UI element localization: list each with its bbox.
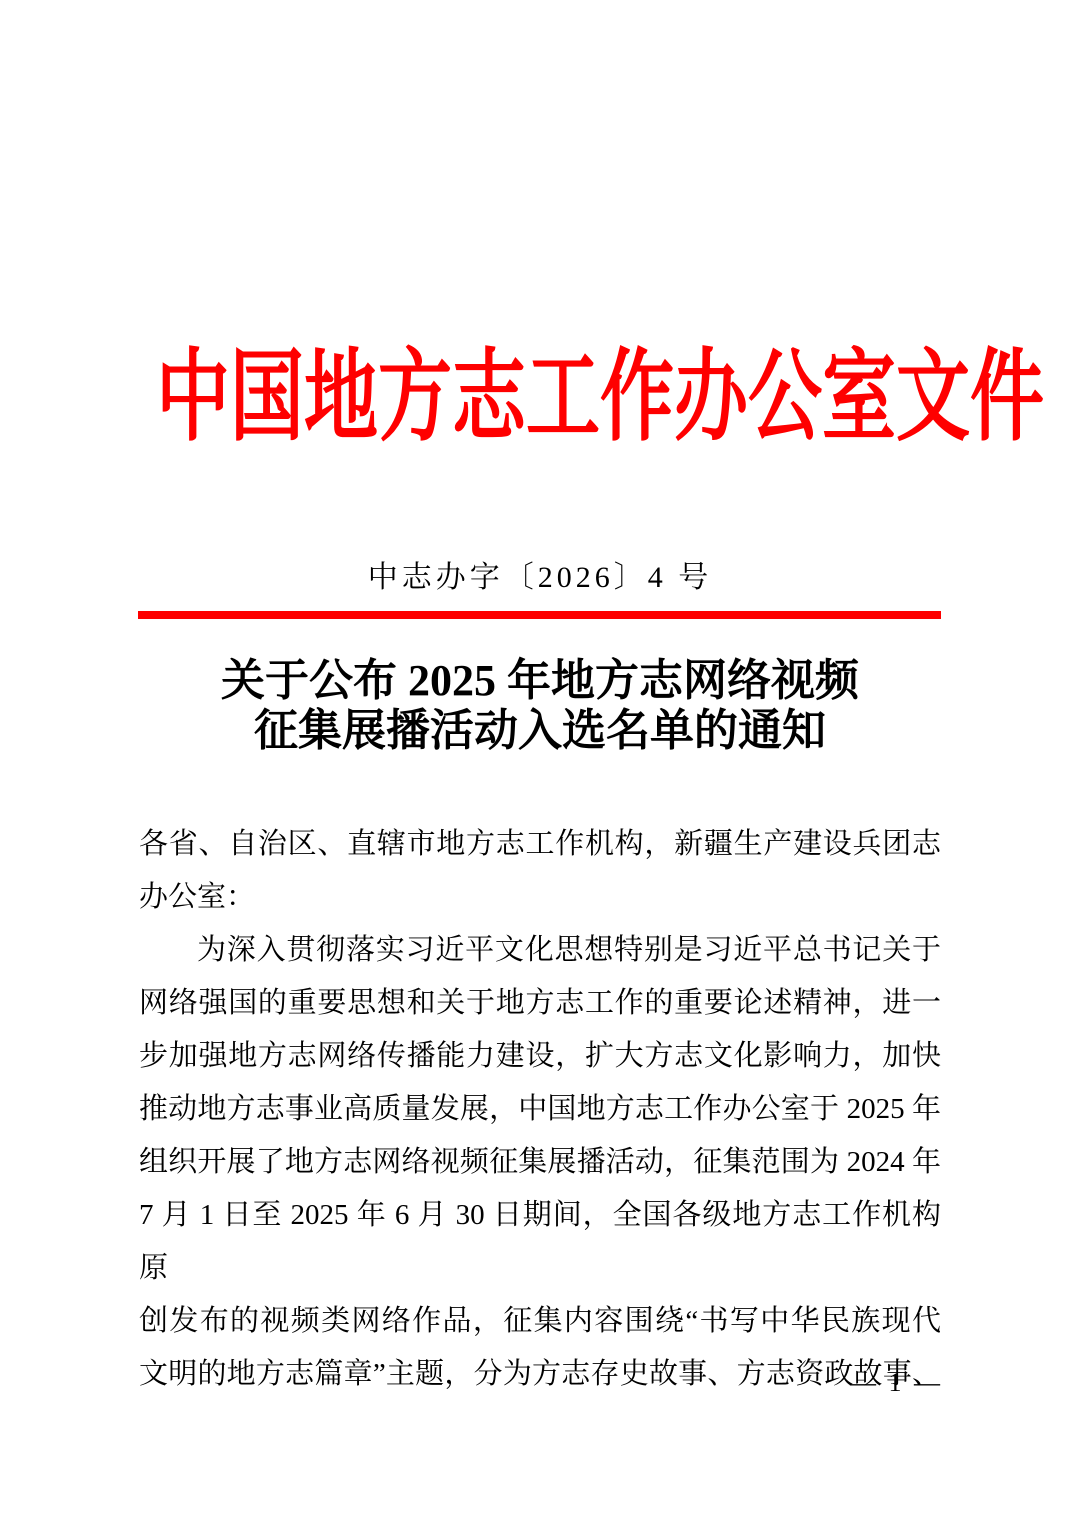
red-divider-rule	[138, 611, 941, 619]
notice-title-line-1: 关于公布 2025 年地方志网络视频	[140, 656, 940, 706]
document-page: 中国地方志工作办公室文件 中志办字〔2026〕4 号 关于公布 2025 年地方…	[0, 0, 1080, 1529]
letterhead-title: 中国地方志工作办公室文件	[0, 340, 1080, 460]
body-line: 办公室：	[139, 871, 941, 924]
document-body: 各省、自治区、直辖市地方志工作机构，新疆生产建设兵团志 办公室： 为深入贯彻落实…	[139, 818, 941, 1401]
body-line: 组织开展了地方志网络视频征集展播活动，征集范围为 2024 年	[139, 1136, 941, 1189]
page-number: — 1 —	[850, 1368, 943, 1398]
body-line: 为深入贯彻落实习近平文化思想特别是习近平总书记关于	[139, 924, 941, 977]
body-line: 步加强地方志网络传播能力建设，扩大方志文化影响力，加快	[139, 1030, 941, 1083]
letterhead-title-text: 中国地方志工作办公室文件	[156, 340, 1044, 455]
body-line: 推动地方志事业高质量发展，中国地方志工作办公室于 2025 年	[139, 1083, 941, 1136]
notice-title: 关于公布 2025 年地方志网络视频 征集展播活动入选名单的通知	[140, 656, 940, 756]
body-line: 网络强国的重要思想和关于地方志工作的重要论述精神，进一	[139, 977, 941, 1030]
notice-title-line-2: 征集展播活动入选名单的通知	[140, 706, 940, 756]
body-line: 文明的地方志篇章”主题，分为方志存史故事、方志资政故事、	[139, 1348, 941, 1401]
body-line: 创发布的视频类网络作品，征集内容围绕“书写中华民族现代	[139, 1295, 941, 1348]
body-line: 7 月 1 日至 2025 年 6 月 30 日期间，全国各级地方志工作机构原	[139, 1189, 941, 1295]
doc-number: 中志办字〔2026〕4 号	[140, 558, 940, 598]
body-line: 各省、自治区、直辖市地方志工作机构，新疆生产建设兵团志	[139, 818, 941, 871]
